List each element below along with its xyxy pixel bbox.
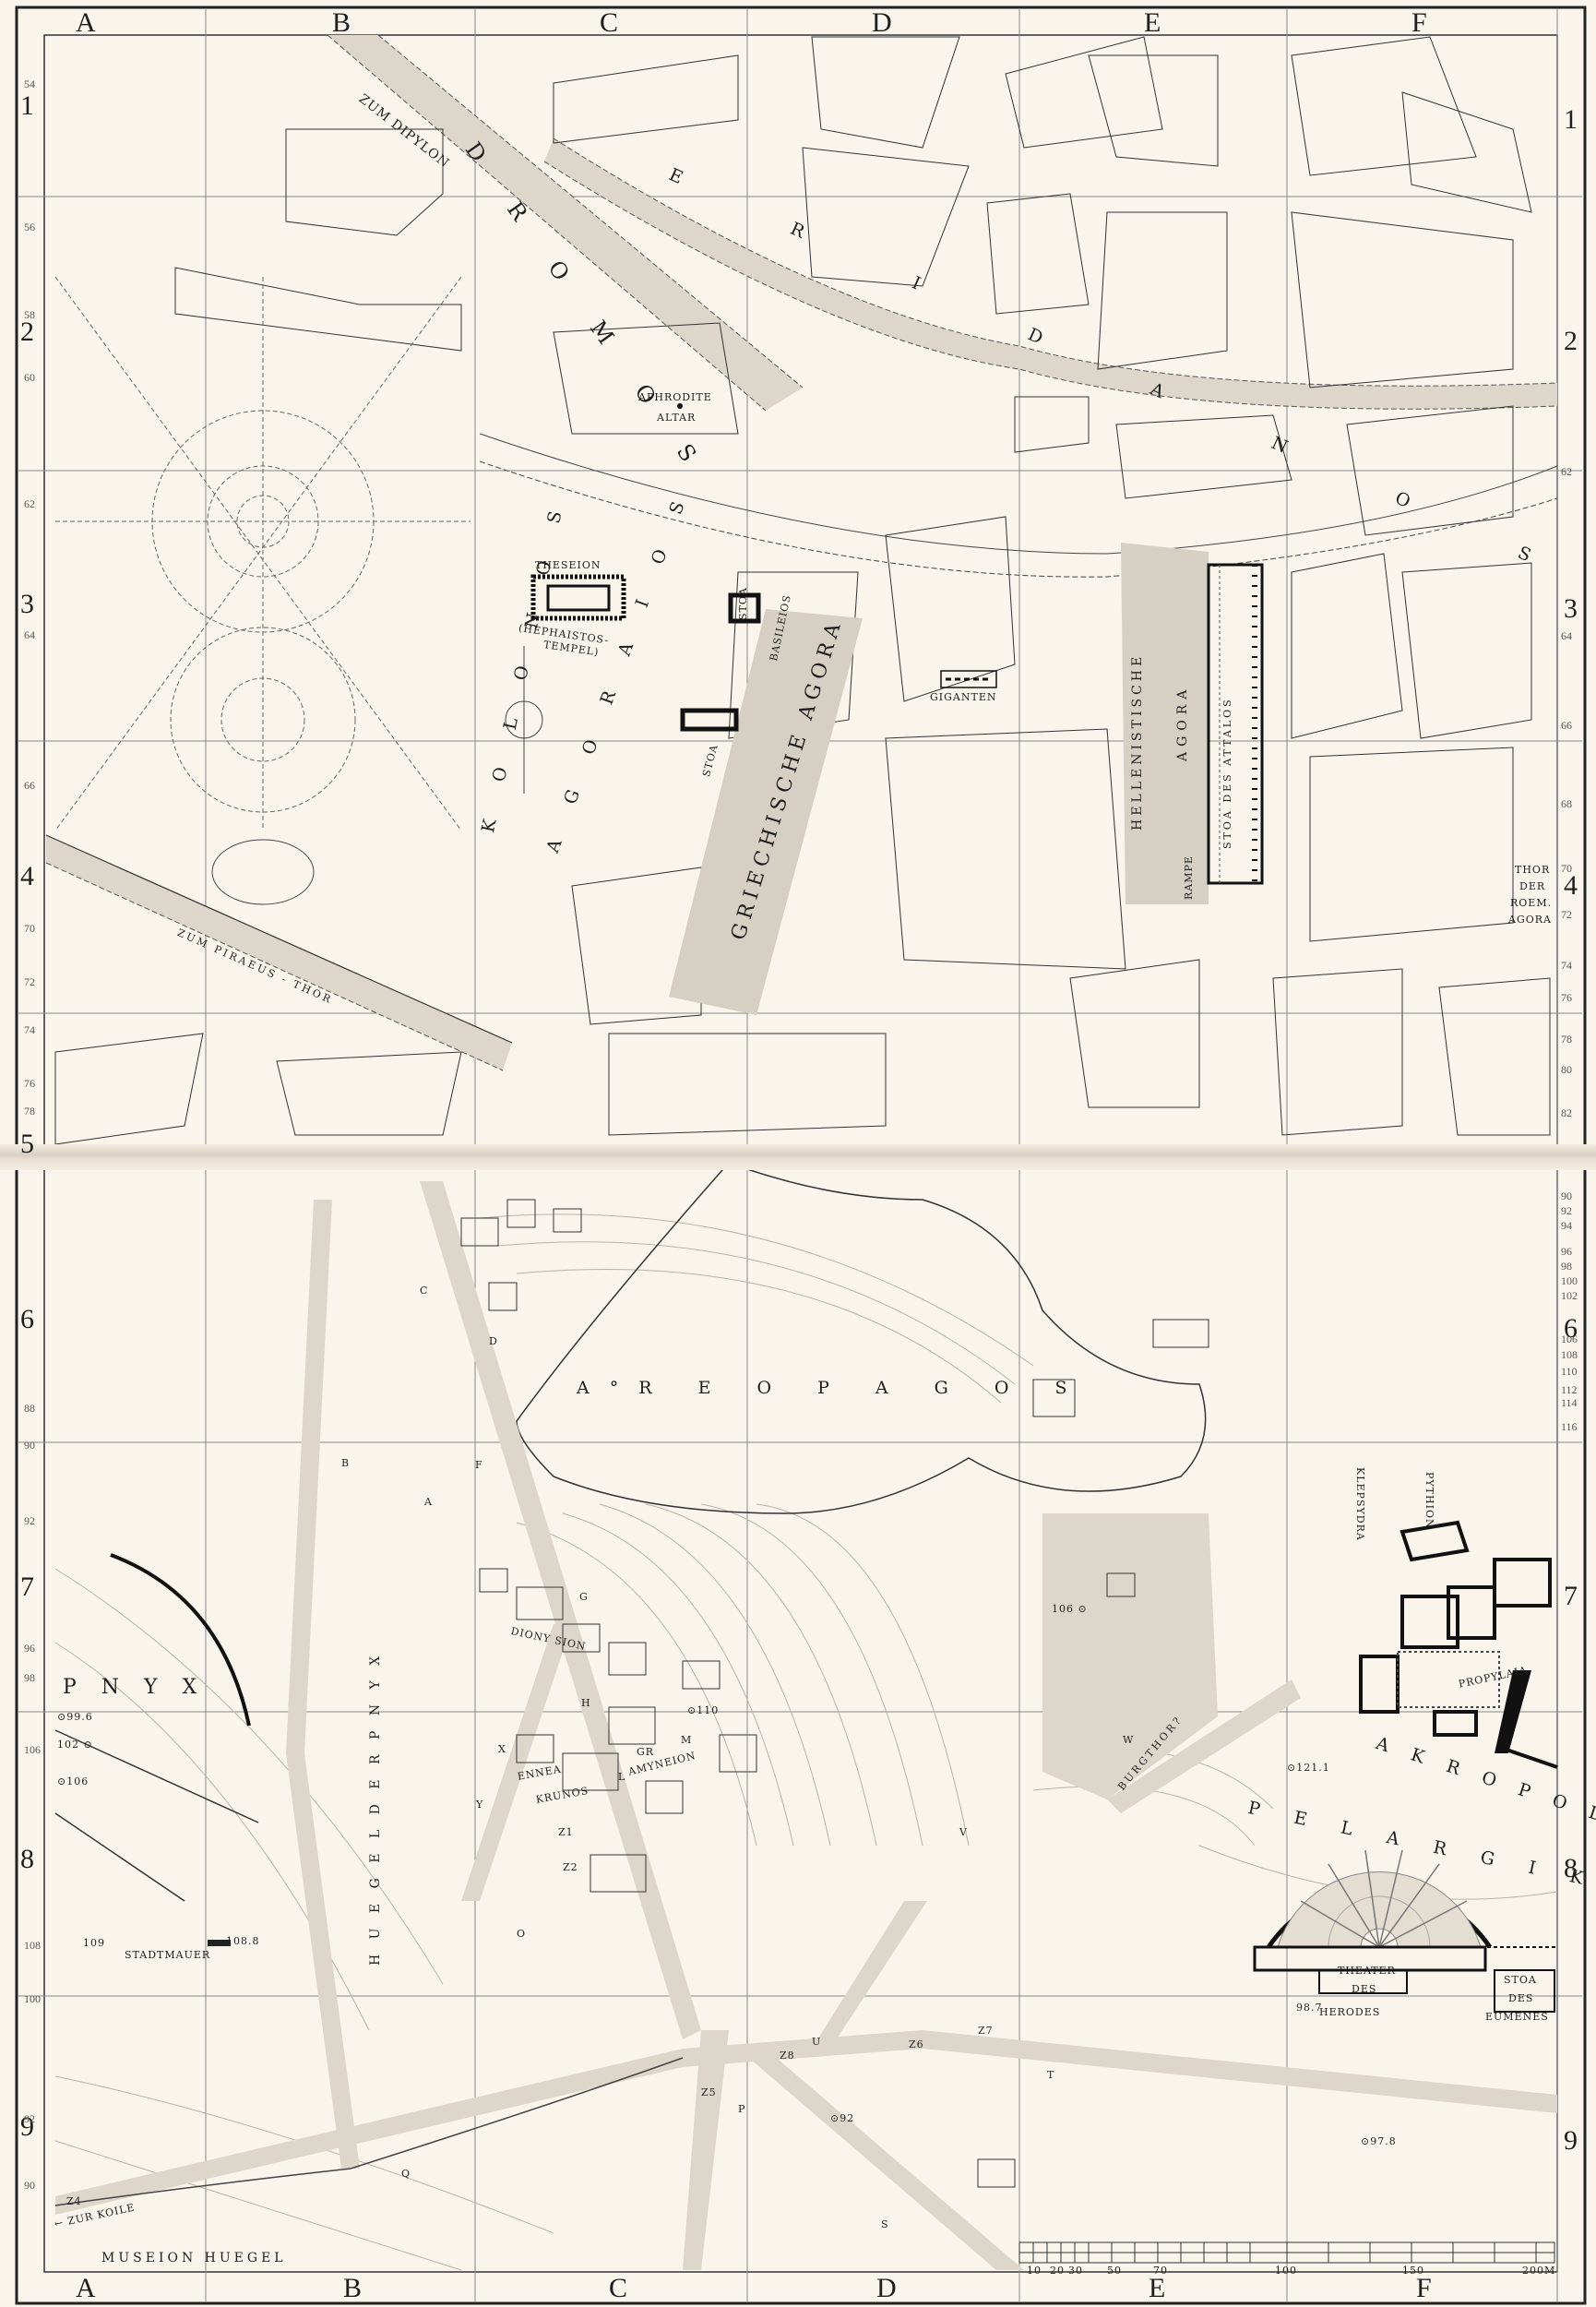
scale-tick-100: 100: [1275, 2265, 1297, 2276]
label-theater: THEATER: [1338, 1966, 1396, 1976]
ref-letter-z8: Z8: [780, 2050, 795, 2061]
label-agora-roman: AGORA: [1508, 914, 1552, 925]
spot-height-106b: ⊙106: [57, 1776, 89, 1787]
elevation-label: 94: [1561, 1220, 1572, 1231]
label-des: DES: [1352, 1984, 1376, 1994]
label-stoa-basileios-stoa: STOA: [738, 587, 748, 620]
elevation-label: 106: [24, 1744, 41, 1755]
row-label-6-left: 6: [20, 1306, 34, 1333]
ref-letter-x: X: [498, 1744, 506, 1754]
elevation-label: 60: [24, 372, 35, 383]
col-label-e-top: E: [1144, 9, 1161, 37]
ref-letter-o: O: [517, 1929, 526, 1939]
row-label-9-right: 9: [1564, 2127, 1578, 2155]
spot-height-98-7: 98.7: [1296, 2002, 1323, 2013]
label-eumenes: EUMENES: [1485, 2012, 1549, 2022]
ref-letter-z1: Z1: [558, 1827, 574, 1837]
elevation-label: 72: [1561, 909, 1572, 920]
elevation-label: 54: [24, 78, 35, 90]
label-museion-huegel: MUSEION HUEGEL: [101, 2252, 287, 2265]
scale-tick-50: 50: [1107, 2265, 1122, 2276]
elevation-label: 62: [1561, 466, 1572, 477]
elevation-label: 110: [1561, 1366, 1578, 1377]
label-giganten: GIGANTEN: [930, 692, 996, 702]
elevation-label: 82: [1561, 1107, 1572, 1118]
elevation-label: 80: [1561, 1064, 1572, 1075]
label-stoa-eumenes: STOA: [1504, 1975, 1537, 1985]
elevation-label: 64: [24, 629, 35, 640]
row-label-1-right: 1: [1564, 106, 1578, 134]
col-label-f-bottom: F: [1416, 2275, 1432, 2302]
label-pythion: PYTHION: [1424, 1472, 1435, 1529]
elevation-label: 88: [24, 1403, 35, 1414]
ref-letter-z2: Z2: [563, 1862, 578, 1872]
elevation-label: 102: [1561, 1290, 1578, 1301]
scale-tick-70: 70: [1153, 2265, 1168, 2276]
spot-height-121-1: ⊙121.1: [1287, 1763, 1330, 1773]
label-huegel-der-pnyx: H U E G E L D E R P N Y X: [369, 1651, 382, 1966]
scale-tick-20: 20: [1050, 2265, 1065, 2276]
elevation-label: 78: [24, 1106, 35, 1117]
row-label-2-left: 2: [20, 318, 34, 346]
spot-height-108-8: 108.8: [226, 1936, 260, 1946]
label-herodes: HERODES: [1319, 2007, 1380, 2017]
ref-letter-g: G: [579, 1592, 589, 1602]
elevation-label: 62: [24, 498, 35, 509]
ref-letter-z5: Z5: [701, 2087, 717, 2098]
ref-letter-d: D: [489, 1336, 498, 1346]
elevation-label: 100: [1561, 1275, 1578, 1286]
elevation-label: 108: [1561, 1349, 1578, 1360]
col-label-d-bottom: D: [876, 2275, 897, 2302]
label-stoa-des-attalos: STOA DES ATTALOS: [1222, 697, 1233, 849]
elevation-label: 98: [1561, 1261, 1572, 1272]
scale-tick-200m: 200M: [1522, 2265, 1555, 2276]
col-label-a-bottom: A: [76, 2275, 96, 2302]
elevation-label: 92: [24, 2113, 35, 2124]
ref-letter-f: F: [475, 1460, 483, 1470]
ref-letter-s: S: [881, 2219, 889, 2229]
col-label-c-top: C: [600, 9, 618, 37]
elevation-label: 56: [24, 221, 35, 233]
label-des-eumenes: DES: [1508, 1993, 1533, 2003]
elevation-label: 100: [24, 1993, 41, 2004]
ref-letter-u: U: [812, 2037, 821, 2047]
ref-letter-b: B: [341, 1458, 350, 1468]
elevation-label: 78: [1561, 1034, 1572, 1045]
label-pnyx: P N Y X: [63, 1678, 206, 1698]
label-agora-hellenistic: AGORA: [1176, 685, 1189, 761]
elevation-label: 90: [24, 1440, 35, 1451]
scale-tick-30: 30: [1068, 2265, 1083, 2276]
row-label-2-right: 2: [1564, 328, 1578, 355]
row-label-5-left: 5: [20, 1130, 34, 1158]
label-klepsydra: KLEPSYDRA: [1355, 1467, 1365, 1541]
elevation-label: 58: [24, 309, 35, 320]
ref-letter-l: L: [618, 1772, 625, 1782]
row-label-3-right: 3: [1564, 595, 1578, 623]
label-altar: ALTAR: [657, 412, 696, 423]
spot-height-110: ⊙110: [687, 1705, 719, 1715]
col-label-e-bottom: E: [1149, 2275, 1165, 2302]
elevation-label: 76: [1561, 992, 1572, 1003]
elevation-label: 68: [1561, 798, 1572, 809]
col-label-b-top: B: [332, 9, 351, 37]
ref-letter-q: Q: [401, 2169, 411, 2179]
elevation-label: 108: [24, 1940, 41, 1951]
label-rampe: RAMPE: [1184, 855, 1194, 900]
spot-height-92: ⊙92: [830, 2113, 854, 2123]
elevation-label: 64: [1561, 630, 1572, 641]
row-label-8-left: 8: [20, 1846, 34, 1873]
label-stadtmauer: STADTMAUER: [125, 1950, 210, 1960]
elevation-label: 66: [24, 780, 35, 791]
ref-letter-z7: Z7: [978, 2026, 994, 2036]
col-label-b-bottom: B: [343, 2275, 362, 2302]
elevation-label: 70: [24, 923, 35, 934]
spot-height-109: 109: [83, 1938, 105, 1948]
label-der: DER: [1519, 881, 1545, 891]
elevation-label: 114: [1561, 1397, 1578, 1408]
label-areopagos: A°R E O P A G O S: [577, 1380, 1088, 1397]
elevation-label: 70: [1561, 863, 1572, 874]
elevation-label: 96: [1561, 1246, 1572, 1257]
col-label-d-top: D: [872, 9, 892, 37]
row-label-4-right: 4: [1564, 872, 1578, 900]
ref-letter-a: A: [424, 1497, 433, 1507]
elevation-label: 90: [24, 2180, 35, 2191]
elevation-label: 72: [24, 976, 35, 987]
elevation-label: 76: [24, 1078, 35, 1089]
col-label-a-top: A: [76, 9, 96, 37]
map-sheet: A B C D E F A B C D E F 1 2 3 4 5 6 7 8 …: [0, 0, 1596, 2307]
elevation-label: 92: [24, 1515, 35, 1526]
ref-letter-p: P: [738, 2104, 745, 2114]
ref-letter-w: W: [1123, 1735, 1134, 1745]
row-label-1-left: 1: [20, 92, 34, 120]
label-aphrodite: APHRODITE: [638, 392, 712, 402]
col-label-c-bottom: C: [609, 2275, 627, 2302]
elevation-label: 106: [1561, 1333, 1578, 1345]
row-label-7-left: 7: [20, 1573, 34, 1601]
spot-height-106: 106 ⊙: [1052, 1604, 1088, 1614]
elevation-label: 90: [1561, 1190, 1572, 1201]
label-roem: ROEM.: [1510, 898, 1552, 908]
label-thor: THOR: [1515, 865, 1550, 875]
ref-letter-v: V: [959, 1827, 968, 1837]
col-label-f-top: F: [1411, 9, 1427, 37]
ref-letter-h: H: [581, 1698, 591, 1708]
spot-height-97-8: ⊙97.8: [1361, 2136, 1397, 2146]
ref-letter-m: M: [681, 1735, 692, 1745]
spot-height-99-6: ⊙99.6: [57, 1712, 93, 1722]
ref-letter-y: Y: [476, 1799, 483, 1810]
ref-letter-gr: GR: [637, 1747, 654, 1757]
ref-letter-c: C: [420, 1285, 428, 1296]
ref-letter-t: T: [1047, 2070, 1054, 2080]
elevation-label: 74: [24, 1024, 35, 1035]
elevation-label: 98: [24, 1672, 35, 1683]
ref-letter-z4: Z4: [66, 2196, 82, 2206]
elevation-label: 112: [1561, 1384, 1578, 1395]
row-label-4-left: 4: [20, 863, 34, 891]
ref-letter-z6: Z6: [909, 2039, 924, 2050]
elevation-label: 116: [1561, 1421, 1578, 1432]
row-label-7-right: 7: [1564, 1583, 1578, 1610]
label-hellenistische: HELLENISTISCHE: [1131, 653, 1144, 831]
spot-height-102: 102 ⊙: [57, 1739, 93, 1750]
page-fold: [0, 1144, 1596, 1170]
elevation-label: 66: [1561, 720, 1572, 731]
elevation-label: 96: [24, 1643, 35, 1654]
scale-tick-150: 150: [1402, 2265, 1424, 2276]
elevation-label: 74: [1561, 960, 1572, 971]
row-label-3-left: 3: [20, 591, 34, 618]
elevation-label: 92: [1561, 1205, 1572, 1216]
scale-tick-10: 10: [1027, 2265, 1042, 2276]
